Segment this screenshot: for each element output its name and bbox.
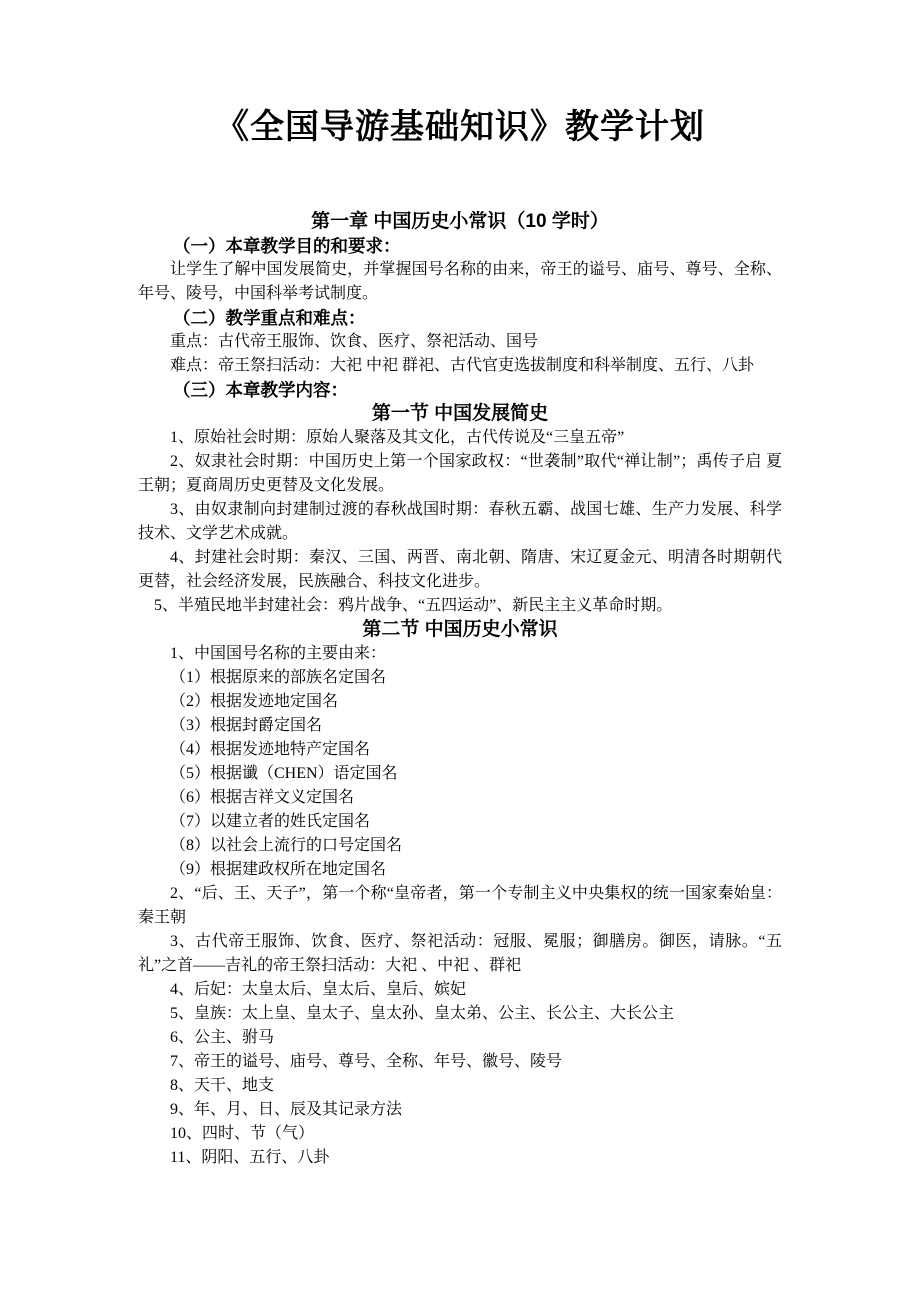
list-item: 1、中国国号名称的主要由来： <box>138 642 782 666</box>
list-subitem: （9）根据建政权所在地定国名 <box>138 858 782 882</box>
list-subitem: （8）以社会上流行的口号定国名 <box>138 834 782 858</box>
list-subitem: （6）根据吉祥文义定国名 <box>138 786 782 810</box>
subsection-heading-2: （二）教学重点和难点： <box>138 306 782 330</box>
list-item: 10、四时、节（气） <box>138 1122 782 1146</box>
section-heading-1: 第一节 中国发展简史 <box>138 402 782 426</box>
list-subitem: （3）根据封爵定国名 <box>138 714 782 738</box>
paragraph: 难点：帝王祭扫活动：大祀 中祀 群祀、古代官吏选拔制度和科举制度、五行、八卦 <box>138 354 782 378</box>
paragraph: 让学生了解中国发展简史，并掌握国号名称的由来，帝王的谥号、庙号、尊号、全称、年号… <box>138 258 782 306</box>
list-subitem: （4）根据发迹地特产定国名 <box>138 738 782 762</box>
list-item: 6、公主、驸马 <box>138 1026 782 1050</box>
subsection-heading-3: （三）本章教学内容： <box>138 378 782 402</box>
list-item: 7、帝王的谥号、庙号、尊号、全称、年号、徽号、陵号 <box>138 1050 782 1074</box>
list-item: 5、皇族：太上皇、皇太子、皇太孙、皇太弟、公主、长公主、大长公主 <box>138 1002 782 1026</box>
list-subitem: （7）以建立者的姓氏定国名 <box>138 810 782 834</box>
subsection-heading-1: （一）本章教学目的和要求： <box>138 234 782 258</box>
document-page: 《全国导游基础知识》教学计划 第一章 中国历史小常识（10 学时） （一）本章教… <box>0 0 920 1302</box>
list-item: 1、原始社会时期：原始人聚落及其文化，古代传说及“三皇五帝” <box>138 426 782 450</box>
list-item: 9、年、月、日、辰及其记录方法 <box>138 1098 782 1122</box>
list-item: 4、封建社会时期：秦汉、三国、两晋、南北朝、隋唐、宋辽夏金元、明清各时期朝代更替… <box>138 546 782 594</box>
list-item: 8、天干、地支 <box>138 1074 782 1098</box>
list-subitem: （1）根据原来的部族名定国名 <box>138 666 782 690</box>
document-body: 《全国导游基础知识》教学计划 第一章 中国历史小常识（10 学时） （一）本章教… <box>138 0 782 1170</box>
document-title: 《全国导游基础知识》教学计划 <box>138 102 782 154</box>
list-item: 4、后妃：太皇太后、皇太后、皇后、嫔妃 <box>138 978 782 1002</box>
section-heading-2: 第二节 中国历史小常识 <box>138 618 782 642</box>
list-item: 5、半殖民地半封建社会：鸦片战争、“五四运动”、新民主主义革命时期。 <box>138 594 782 618</box>
list-item: 11、阴阳、五行、八卦 <box>138 1146 782 1170</box>
list-item: 3、由奴隶制向封建制过渡的春秋战国时期：春秋五霸、战国七雄、生产力发展、科学技术… <box>138 498 782 546</box>
list-item: 3、古代帝王服饰、饮食、医疗、祭祀活动：冠服、冕服；御膳房。御医，请脉。“五礼”… <box>138 930 782 978</box>
list-subitem: （2）根据发迹地定国名 <box>138 690 782 714</box>
list-item: 2、奴隶社会时期：中国历史上第一个国家政权：“世袭制”取代“禅让制”；禹传子启 … <box>138 450 782 498</box>
chapter-heading: 第一章 中国历史小常识（10 学时） <box>138 210 782 234</box>
list-item: 2、“后、王、天子”，第一个称“皇帝者，第一个专制主义中央集权的统一国家秦始皇：… <box>138 882 782 930</box>
paragraph: 重点：古代帝王服饰、饮食、医疗、祭祀活动、国号 <box>138 330 782 354</box>
list-subitem: （5）根据谶（CHEN）语定国名 <box>138 762 782 786</box>
